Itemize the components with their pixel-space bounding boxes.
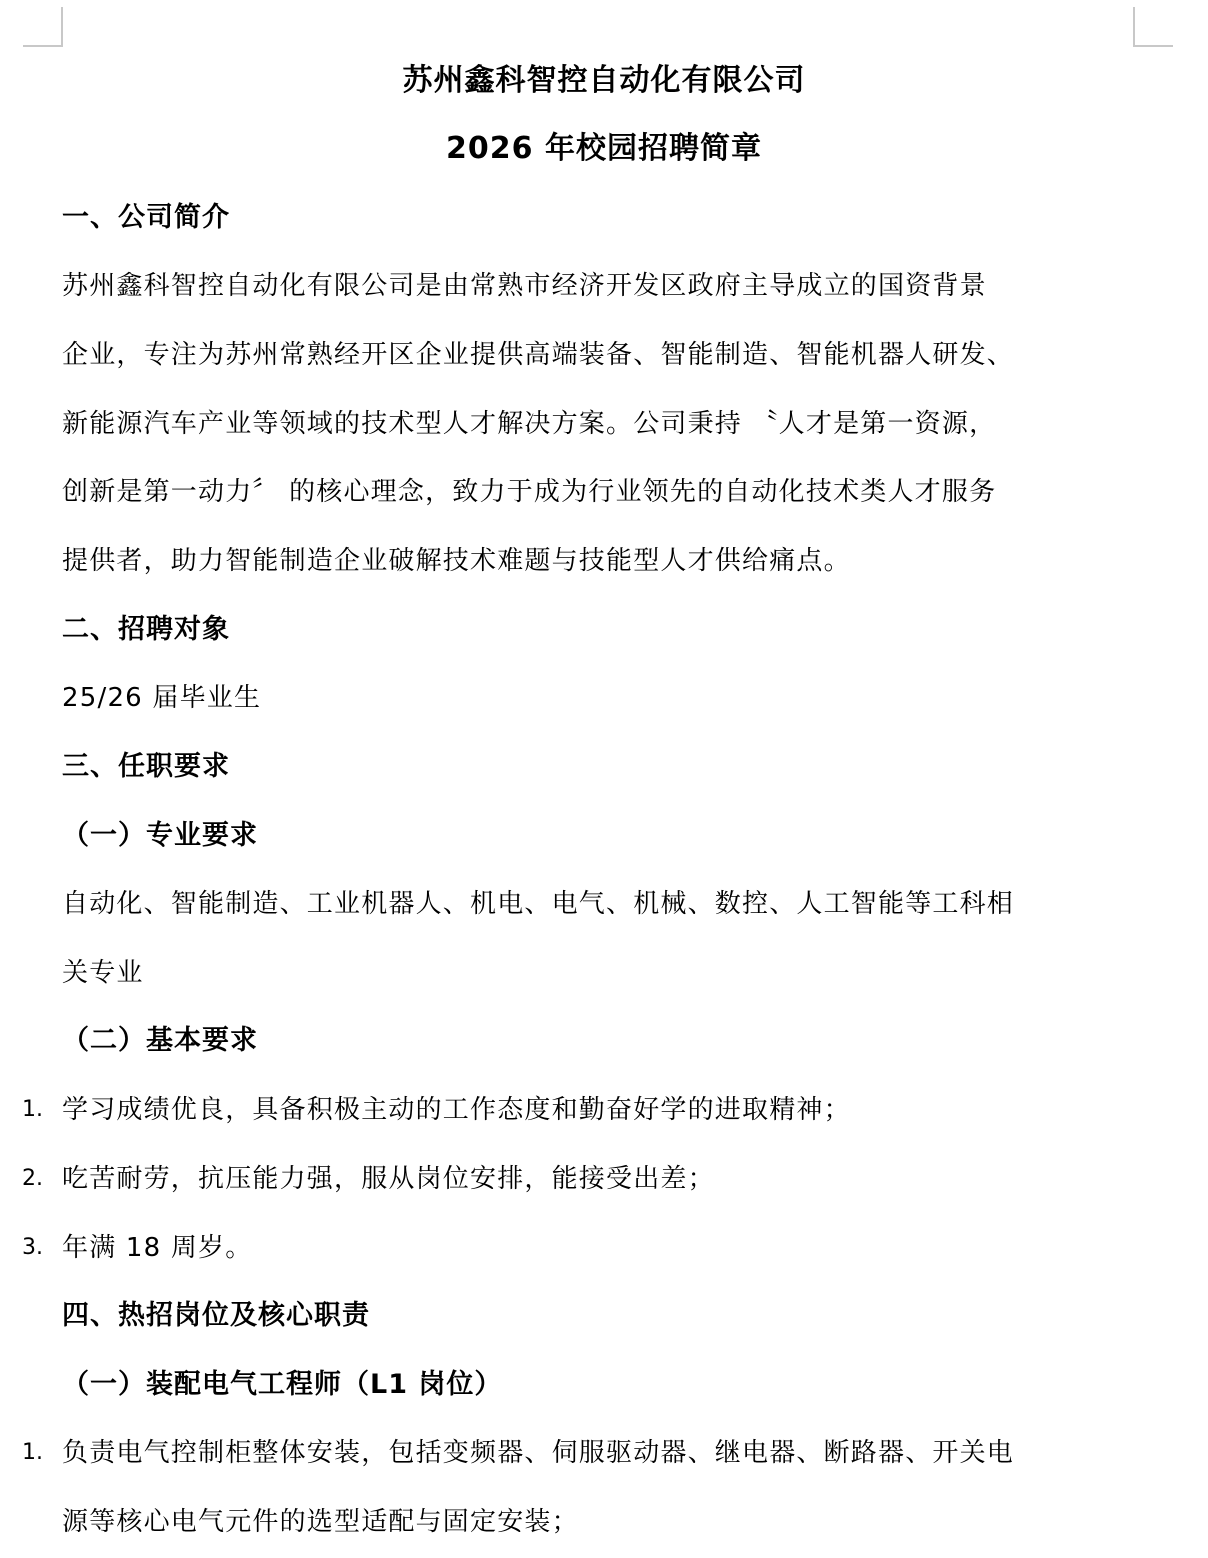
list-item: 学习成绩优良，具备积极主动的工作态度和勤奋好学的进取精神； <box>62 1093 851 1127</box>
paragraph-line: 25/26 届毕业生 <box>62 681 261 715</box>
paragraph-line: 企业，专注为苏州常熟经开区企业提供高端装备、智能制造、智能机器人研发、 <box>62 338 1014 372</box>
subsection-heading-major-requirements: （一）专业要求 <box>62 819 258 853</box>
section-heading-recruitment-target: 二、招聘对象 <box>62 613 230 647</box>
paragraph-line: 苏州鑫科智控自动化有限公司是由常熟市经济开发区政府主导成立的国资背景 <box>62 269 987 303</box>
list-item-continuation: 源等核心电气元件的选型适配与固定安装； <box>62 1505 579 1539</box>
subsection-heading-basic-requirements: （二）基本要求 <box>62 1024 258 1058</box>
list-number: 1. <box>22 1093 43 1127</box>
crop-mark-top-left-horizontal <box>23 45 63 47</box>
document-subtitle: 2026 年校园招聘简章 <box>0 129 1208 169</box>
list-number: 3. <box>22 1231 43 1265</box>
list-item: 吃苦耐劳，抗压能力强，服从岗位安排，能接受出差； <box>62 1162 715 1196</box>
list-item: 年满 18 周岁。 <box>62 1231 252 1265</box>
paragraph-line: 自动化、智能制造、工业机器人、机电、电气、机械、数控、人工智能等工科相 <box>62 887 1014 921</box>
section-heading-requirements: 三、任职要求 <box>62 750 230 784</box>
list-item: 负责电气控制柜整体安装，包括变频器、伺服驱动器、继电器、断路器、开关电 <box>62 1436 1014 1470</box>
crop-mark-top-right-horizontal <box>1133 45 1173 47</box>
paragraph-line: 关专业 <box>62 956 144 990</box>
paragraph-line: 提供者，助力智能制造企业破解技术难题与技能型人才供给痛点。 <box>62 544 851 578</box>
list-number: 2. <box>22 1162 43 1196</box>
crop-mark-top-left-vertical <box>61 7 63 47</box>
document-title: 苏州鑫科智控自动化有限公司 <box>0 61 1208 101</box>
section-heading-company-intro: 一、公司简介 <box>62 201 230 235</box>
paragraph-line: 新能源汽车产业等领域的技术型人才解决方案。公司秉持 〝人才是第一资源， <box>62 407 996 441</box>
subsection-heading-assembly-electrical-engineer: （一）装配电气工程师（L1 岗位） <box>62 1368 502 1402</box>
list-number: 1. <box>22 1436 43 1470</box>
section-heading-hot-positions: 四、热招岗位及核心职责 <box>62 1299 370 1333</box>
paragraph-line: 创新是第一动力〞 的核心理念，致力于成为行业领先的自动化技术类人才服务 <box>62 475 996 509</box>
crop-mark-top-right-vertical <box>1133 7 1135 47</box>
